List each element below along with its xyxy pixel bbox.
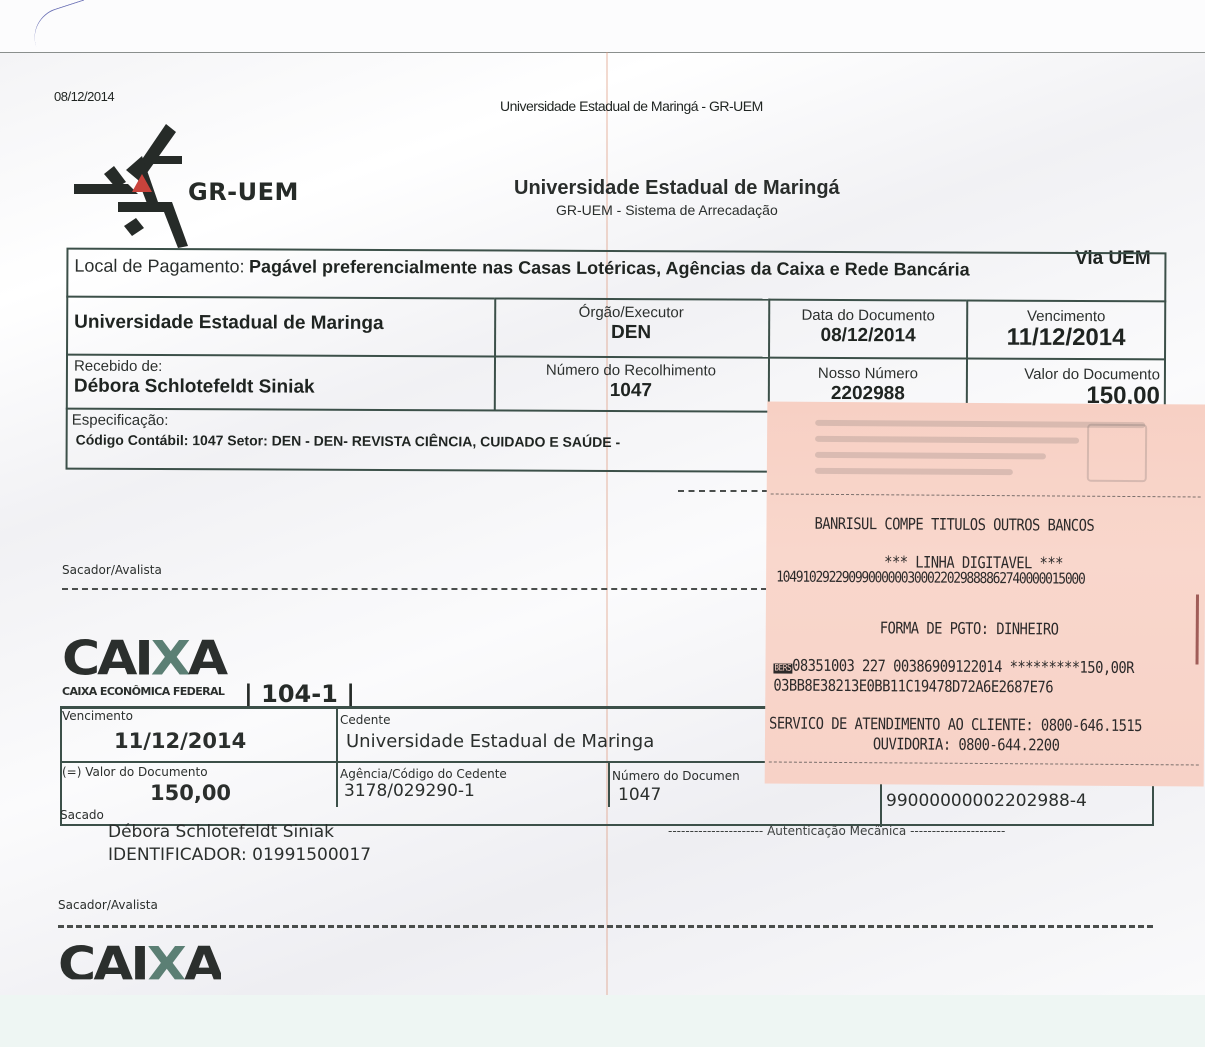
sacador-label-2: Sacador/Avalista xyxy=(58,898,158,912)
boleto-cedente-value: Universidade Estadual de Maringa xyxy=(346,731,654,752)
cedente-cell: Universidade Estadual de Maringa xyxy=(66,296,494,356)
recebido-cell: Recebido de: Débora Schlotefeldt Siniak xyxy=(66,354,494,410)
receipt-divider xyxy=(771,493,1201,497)
receipt-linha-digitavel: 1049102922909900000030002202988886274000… xyxy=(776,568,1085,588)
boleto-cedente-label: Cedente xyxy=(340,713,390,727)
cut-line xyxy=(678,490,768,492)
system-subtitle: GR-UEM - Sistema de Arrecadação xyxy=(556,202,778,218)
boleto-valor-cell: (=) Valor do Documento 150,00 xyxy=(60,761,336,807)
boleto-agencia-cell: Agência/Código do Cedente 3178/029290-1 xyxy=(336,761,608,807)
especificacao-label: Especificação: xyxy=(72,412,169,429)
scanner-background-bottom xyxy=(0,995,1205,1047)
vencimento-value: 11/12/2014 xyxy=(968,324,1164,353)
local-pagamento-label: Local de Pagamento: xyxy=(74,256,244,277)
autenticacao-mecanica: ---------------------- Autenticação Mecâ… xyxy=(668,824,1005,838)
boleto-vencimento-cell: Vencimento 11/12/2014 xyxy=(60,707,336,761)
local-pagamento-row: Local de Pagamento: Pagável preferencial… xyxy=(74,256,969,281)
num-recolhimento-value: 1047 xyxy=(496,379,766,402)
sacador-label-1: Sacador/Avalista xyxy=(62,563,162,577)
boleto-vencimento-value: 11/12/2014 xyxy=(114,729,246,753)
recebido-value: Débora Schlotefeldt Siniak xyxy=(74,376,315,399)
bank-receipt: BANRISUL COMPE TITULOS OUTROS BANCOS ***… xyxy=(765,401,1205,786)
orgao-cell: Órgão/Executor DEN xyxy=(494,297,768,356)
receipt-transaction-line: BERS08351003 227 00386909122014 ********… xyxy=(773,656,1134,678)
receipt-forma-pagamento: FORMA DE PGTO: DINHEIRO xyxy=(880,618,1059,638)
caixa-logo-partial: CAIXA xyxy=(58,938,221,979)
boleto-num-doc-label: Número do Documen xyxy=(612,769,740,783)
boleto-nosso-numero-value: 99000000002202988-4 xyxy=(886,791,1087,811)
top-title: Universidade Estadual de Maringá - GR-UE… xyxy=(500,98,763,114)
num-recolhimento-label: Número do Recolhimento xyxy=(496,361,766,379)
receipt-transaction-value: 08351003 227 00386909122014 *********150… xyxy=(792,656,1134,677)
caixa-subtitle: CAIXA ECONÔMICA FEDERAL xyxy=(62,685,224,698)
valor-label: Valor do Documento xyxy=(1024,366,1160,384)
especificacao-value: Código Contábil: 1047 Setor: DEN - DEN- … xyxy=(76,432,621,450)
boleto-valor-value: 150,00 xyxy=(150,781,231,805)
nosso-numero-label: Nosso Número xyxy=(770,365,966,383)
logo-text: GR-UEM xyxy=(188,178,299,206)
cut-line xyxy=(58,925,1153,928)
bers-tag: BERS xyxy=(773,664,792,674)
cedente-name: Universidade Estadual de Maringa xyxy=(74,312,383,335)
boleto-agencia-value: 3178/029290-1 xyxy=(344,781,475,801)
boleto-num-doc-value: 1047 xyxy=(618,785,661,805)
local-pagamento-value: Pagável preferencialmente nas Casas Loté… xyxy=(249,256,970,279)
receipt-ouvidoria: OUVIDORIA: 0800-644.2200 xyxy=(873,734,1060,754)
boleto-agencia-label: Agência/Código do Cedente xyxy=(340,767,507,781)
scanner-background-top xyxy=(0,0,1205,54)
sacado-name: Débora Schlotefeldt Siniak xyxy=(108,822,334,842)
data-documento-value: 08/12/2014 xyxy=(770,325,966,348)
receipt-divider xyxy=(769,761,1199,765)
cut-line xyxy=(62,588,767,590)
sacado-identificador: IDENTIFICADOR: 01991500017 xyxy=(108,845,371,865)
vencimento-cell: Vencimento 11/12/2014 xyxy=(966,300,1166,359)
orgao-label: Órgão/Executor xyxy=(496,303,766,321)
recebido-label: Recebido de: xyxy=(74,358,162,375)
caixa-logo: CAIXA xyxy=(62,632,225,686)
orgao-value: DEN xyxy=(496,321,766,344)
data-documento-label: Data do Documento xyxy=(770,307,966,325)
num-recolhimento-cell: Número do Recolhimento 1047 xyxy=(494,355,768,410)
print-date: 08/12/2014 xyxy=(54,89,114,104)
data-documento-cell: Data do Documento 08/12/2014 xyxy=(768,299,966,358)
boleto-vencimento-label: Vencimento xyxy=(62,709,133,723)
receipt-auth-code: 03BB8E38213E0BB11C19478D72A6E2687E76 xyxy=(773,676,1053,697)
receipt-tear-edge xyxy=(1196,594,1199,664)
institution-title: Universidade Estadual de Maringá xyxy=(514,177,840,200)
stamp-show-through xyxy=(1087,424,1147,482)
sacado-label: Sacado xyxy=(60,808,104,822)
receipt-bank-line: BANRISUL COMPE TITULOS OUTROS BANCOS xyxy=(814,514,1094,535)
boleto-valor-label: (=) Valor do Documento xyxy=(62,765,208,779)
receipt-sac: SERVICO DE ATENDIMENTO AO CLIENTE: 0800-… xyxy=(769,713,1142,735)
gr-uem-logo-icon xyxy=(72,122,192,250)
bank-code: | 104-1 | xyxy=(244,680,355,708)
